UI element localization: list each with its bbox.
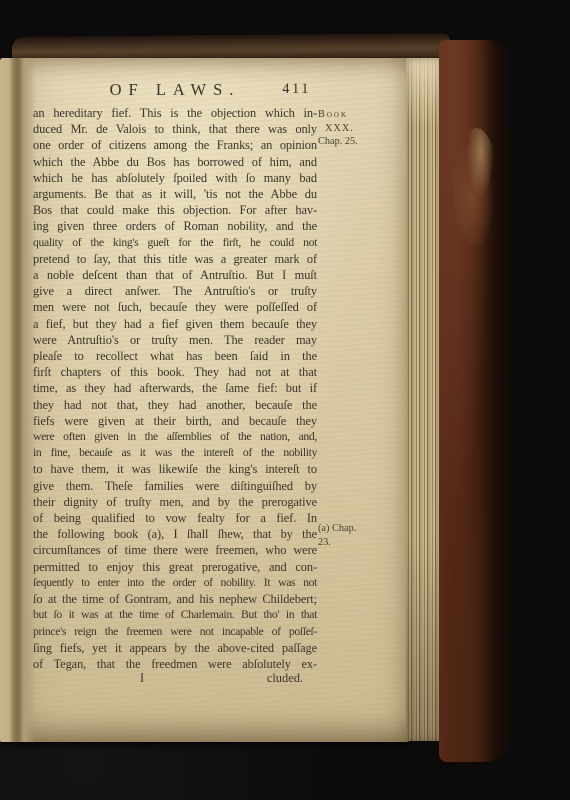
text-line: to have them, it was likewiſe the king's… <box>33 461 317 477</box>
running-header: OF LAWS. <box>110 80 241 100</box>
text-line: were Antruſtio's or truſty men. The read… <box>33 332 317 348</box>
text-line: quality of the king's gueſt for the firſ… <box>33 235 317 251</box>
margin-note-line: 23. <box>318 536 374 550</box>
page-footer: I cluded. <box>33 671 317 688</box>
text-line: time, as they had afterwards, the ſame f… <box>33 380 317 396</box>
text-line: a noble deſcent than that of Antruſtio. … <box>33 267 317 283</box>
worn-leather-corner <box>453 128 499 246</box>
book-cover-spine <box>439 40 513 762</box>
text-line: an hereditary fief. This is the objectio… <box>33 105 317 121</box>
book-scan-photo: OF LAWS. 411 an hereditary fief. This is… <box>0 0 570 800</box>
text-line: ſequently to enter into the order of nob… <box>33 575 317 591</box>
text-line: their dignity of truſty men, and by the … <box>33 494 317 510</box>
page-number: 411 <box>282 81 311 98</box>
text-line: were often given in the aſſemblies of th… <box>33 429 317 445</box>
text-line: pretend to ſay, that this title was a gr… <box>33 251 317 267</box>
text-line: arguments. Be that as it will, 'tis not … <box>33 186 317 202</box>
text-line: give a direct anſwer. The Antruſtio's or… <box>33 283 317 299</box>
text-line: firſt chapters of this book. They had no… <box>33 364 317 380</box>
margin-note-footnote-ref: (a) Chap.23. <box>318 522 374 549</box>
text-line: a fief, but they had a fief given them b… <box>33 316 317 332</box>
text-line: of Tegan, that the freedmen were abſolut… <box>33 656 317 672</box>
catchword: cluded. <box>267 671 303 686</box>
body-text: an hereditary fief. This is the objectio… <box>33 105 317 672</box>
margin-note-line: Book <box>318 108 374 122</box>
text-line: ſo at the time of Gontram, and his nephe… <box>33 591 317 607</box>
text-line: one order of citizens among the Franks; … <box>33 137 317 153</box>
text-line: which he has abſolutely ſpoiled with ſo … <box>33 170 317 186</box>
text-line: the following book (a), I ſhall ſhew, th… <box>33 526 317 542</box>
text-line: circumſtances of time there were freemen… <box>33 542 317 558</box>
page-fore-edge <box>406 58 443 741</box>
text-line: pleaſe to recollect what has been ſaid i… <box>33 348 317 364</box>
text-line: in fine, becauſe as it was the intereſt … <box>33 445 317 461</box>
text-line: prince's reign the freemen were not inca… <box>33 624 317 640</box>
text-line: ſing fiefs, yet it appears by the above-… <box>33 640 317 656</box>
page-header: OF LAWS. 411 <box>33 80 317 100</box>
margin-note-book-chapter: BookXXX.Chap. 25. <box>318 108 374 149</box>
book-page: OF LAWS. 411 an hereditary fief. This is… <box>0 58 412 742</box>
text-line: fiefs were given at their birth, and bec… <box>33 413 317 429</box>
text-line: men were not ſuch, becauſe they were poſ… <box>33 299 317 315</box>
text-line: they had not that, they had another, bec… <box>33 397 317 413</box>
page-gutter-shadow <box>0 58 36 742</box>
text-line: ing given three orders of Roman nobility… <box>33 218 317 234</box>
text-line: duced Mr. de Valois to think, that there… <box>33 121 317 137</box>
text-line: which the Abbe du Bos has borrowed of hi… <box>33 154 317 170</box>
text-line: give them. Theſe families were diſtingui… <box>33 478 317 494</box>
text-line: Bos that could make this objection. For … <box>33 202 317 218</box>
margin-note-line: Chap. 25. <box>318 135 374 149</box>
text-line: permitted to enjoy this great prerogativ… <box>33 559 317 575</box>
margin-note-line: (a) Chap. <box>318 522 374 536</box>
text-line: but ſo it was at the time of Charlemain.… <box>33 607 317 623</box>
signature-mark: I <box>140 671 144 686</box>
text-line: of being qualified to vow fealty for a f… <box>33 510 317 526</box>
margin-note-line: XXX. <box>318 122 374 136</box>
